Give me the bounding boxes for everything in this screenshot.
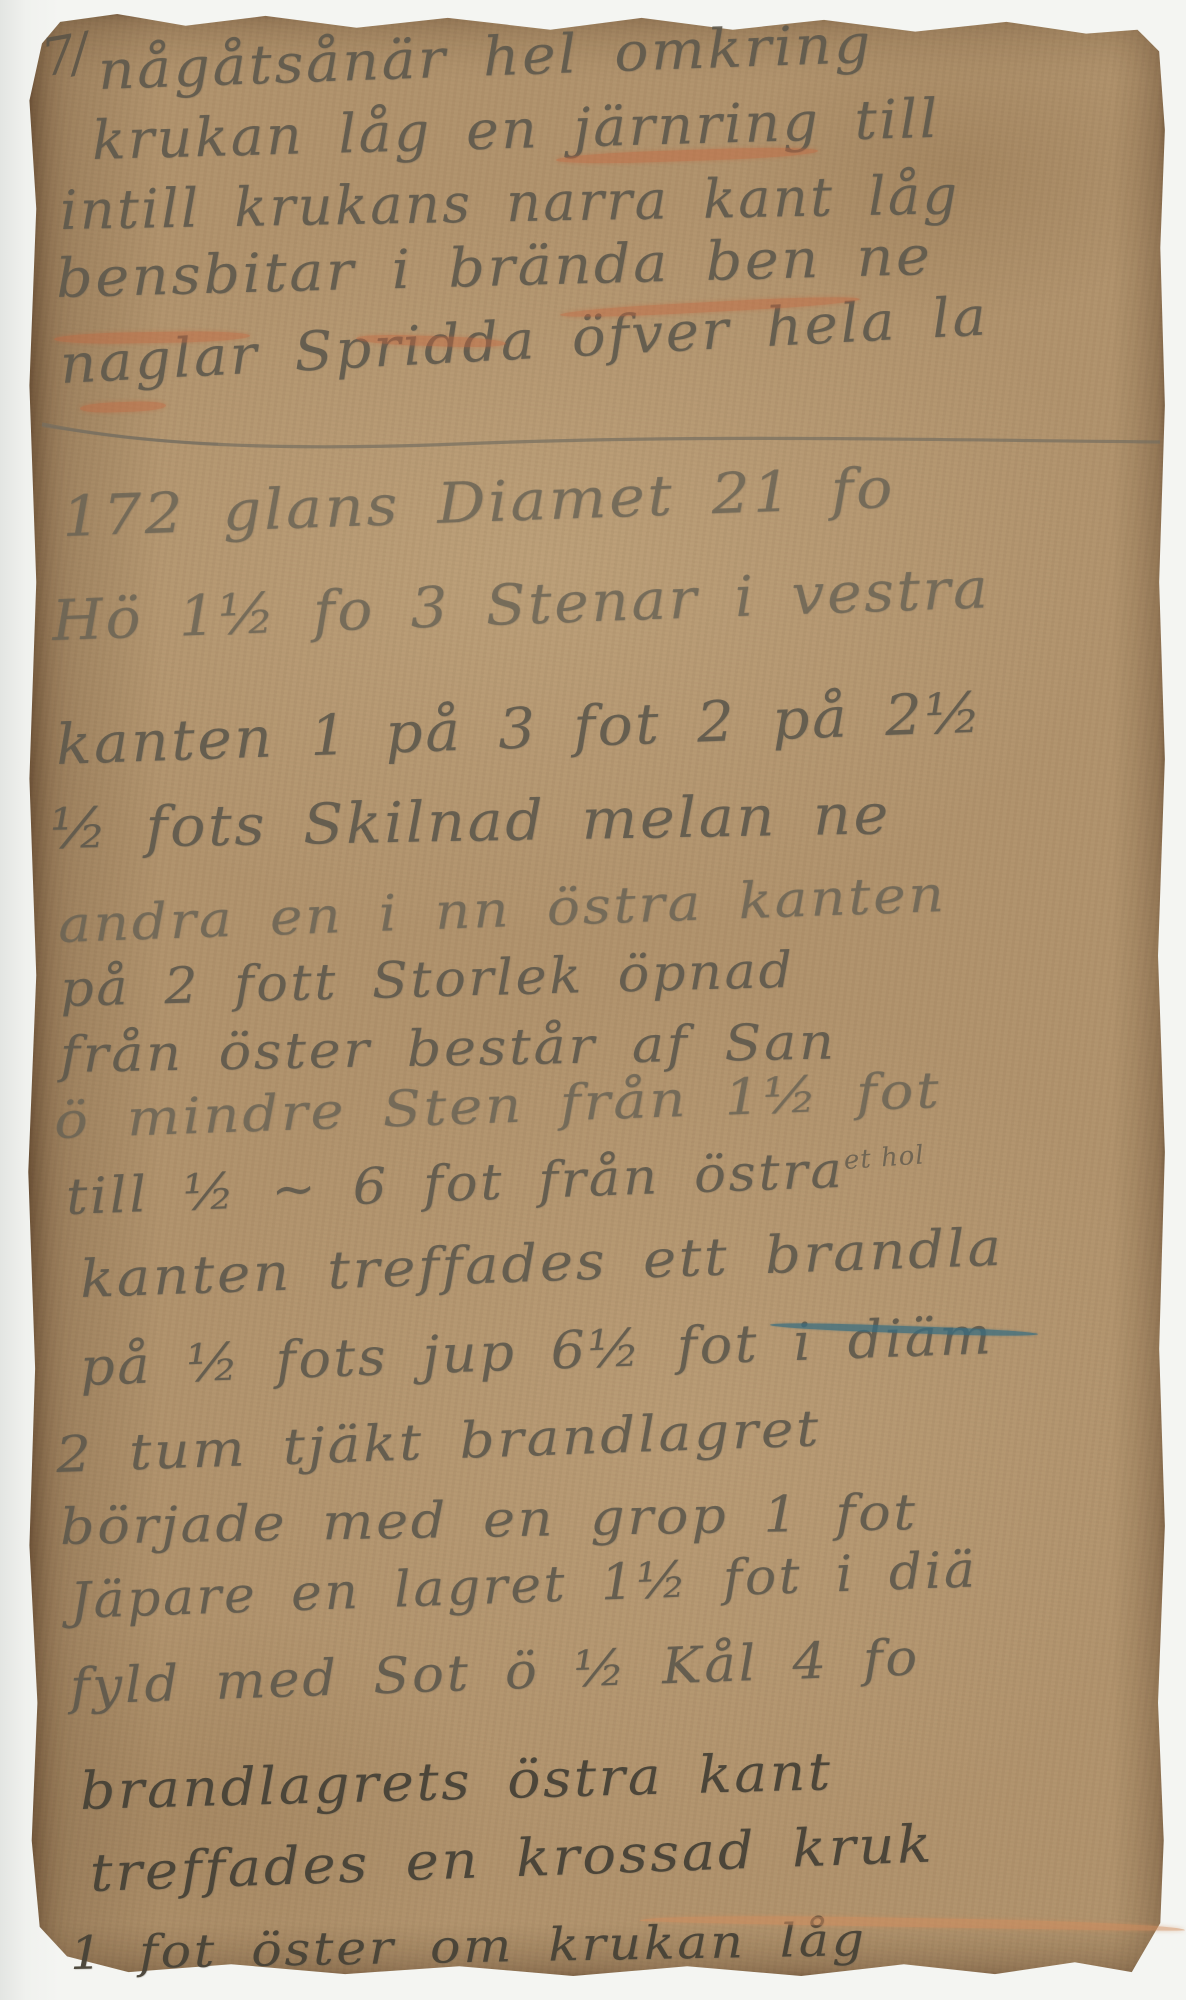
manuscript-line: ½ fots Skilnad melan ne xyxy=(50,787,892,858)
manuscript-line: började med en grop 1 fot xyxy=(60,1487,918,1552)
manuscript-line: 1 fot öster om krukan låg xyxy=(70,1916,868,1976)
manuscript-insertion: et hol xyxy=(843,1140,926,1176)
scanned-page: 7/ någåtsånär hel omkring krukan låg en … xyxy=(0,0,1186,2000)
